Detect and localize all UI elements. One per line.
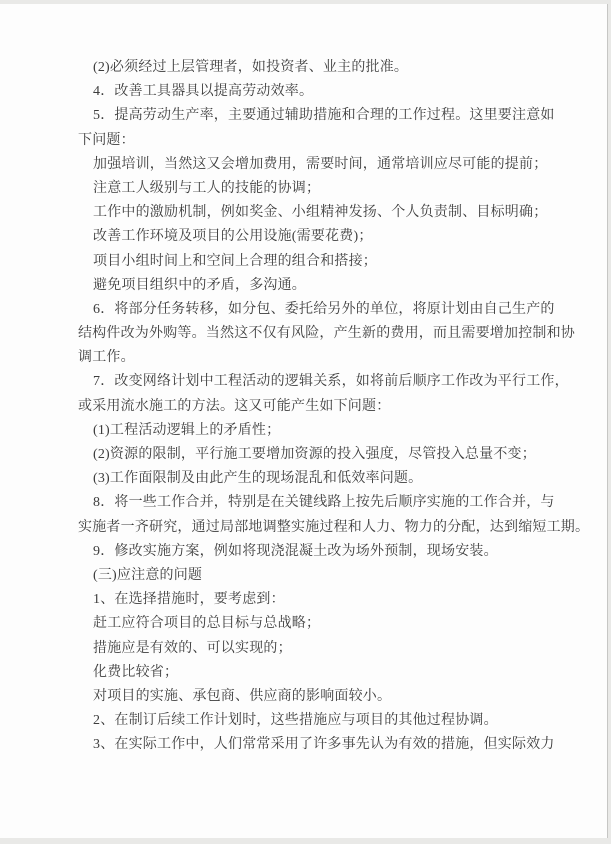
text-line: (1)工程活动逻辑上的矛盾性；	[78, 419, 536, 443]
text-line: 调工作。	[78, 346, 536, 370]
text-line: 加强培训，当然这又会增加费用，需要时间，通常培训应尽可能的提前；	[78, 153, 536, 177]
text-line: (2)必须经过上层管理者，如投资者、业主的批准。	[78, 56, 536, 80]
text-line: 或采用流水施工的方法。这又可能产生如下问题：	[78, 395, 536, 419]
text-line: 7．改变网络计划中工程活动的逻辑关系，如将前后顺序工作改为平行工作，	[78, 370, 536, 394]
text-line: 改善工作环境及项目的公用设施(需要花费)；	[78, 225, 536, 249]
text-line: 结构件改为外购等。当然这不仅有风险，产生新的费用，而且需要增加控制和协	[78, 322, 536, 346]
text-line: 6．将部分任务转移，如分包、委托给另外的单位，将原计划由自己生产的	[78, 298, 536, 322]
text-line: (三)应注意的问题	[78, 564, 536, 588]
text-line: (2)资源的限制，平行施工要增加资源的投入强度，尽管投入总量不变；	[78, 443, 536, 467]
text-line: 1、在选择措施时，要考虑到：	[78, 588, 536, 612]
text-line: 措施应是有效的、可以实现的；	[78, 637, 536, 661]
text-line: 实施者一齐研究，通过局部地调整实施过程和人力、物力的分配，达到缩短工期。	[78, 516, 536, 540]
document-page: (2)必须经过上层管理者，如投资者、业主的批准。4．改善工具器具以提高劳动效率。…	[0, 4, 608, 838]
text-line: 注意工人级别与工人的技能的协调；	[78, 177, 536, 201]
text-line: 2、在制订后续工作计划时，这些措施应与项目的其他过程协调。	[78, 709, 536, 733]
text-line: 5．提高劳动生产率，主要通过辅助措施和合理的工作过程。这里要注意如	[78, 104, 536, 128]
document-lines: (2)必须经过上层管理者，如投资者、业主的批准。4．改善工具器具以提高劳动效率。…	[78, 56, 536, 757]
text-line: 4．改善工具器具以提高劳动效率。	[78, 80, 536, 104]
text-line: 8．将一些工作合并，特别是在关键线路上按先后顺序实施的工作合并，与	[78, 491, 536, 515]
text-line: (3)工作面限制及由此产生的现场混乱和低效率问题。	[78, 467, 536, 491]
document-viewer: { "theme": { "background_color": "#e9e9e…	[0, 0, 611, 844]
text-line: 化费比较省；	[78, 661, 536, 685]
text-line: 9．修改实施方案，例如将现浇混凝土改为场外预制，现场安装。	[78, 540, 536, 564]
text-line: 3、在实际工作中，人们常常采用了许多事先认为有效的措施，但实际效力	[78, 733, 536, 757]
text-line: 赶工应符合项目的总目标与总战略；	[78, 612, 536, 636]
text-line: 对项目的实施、承包商、供应商的影响面较小。	[78, 685, 536, 709]
text-line: 项目小组时间上和空间上合理的组合和搭接；	[78, 250, 536, 274]
text-line: 下问题：	[78, 129, 536, 153]
text-line: 避免项目组织中的矛盾，多沟通。	[78, 274, 536, 298]
text-line: 工作中的激励机制，例如奖金、小组精神发扬、个人负责制、目标明确；	[78, 201, 536, 225]
